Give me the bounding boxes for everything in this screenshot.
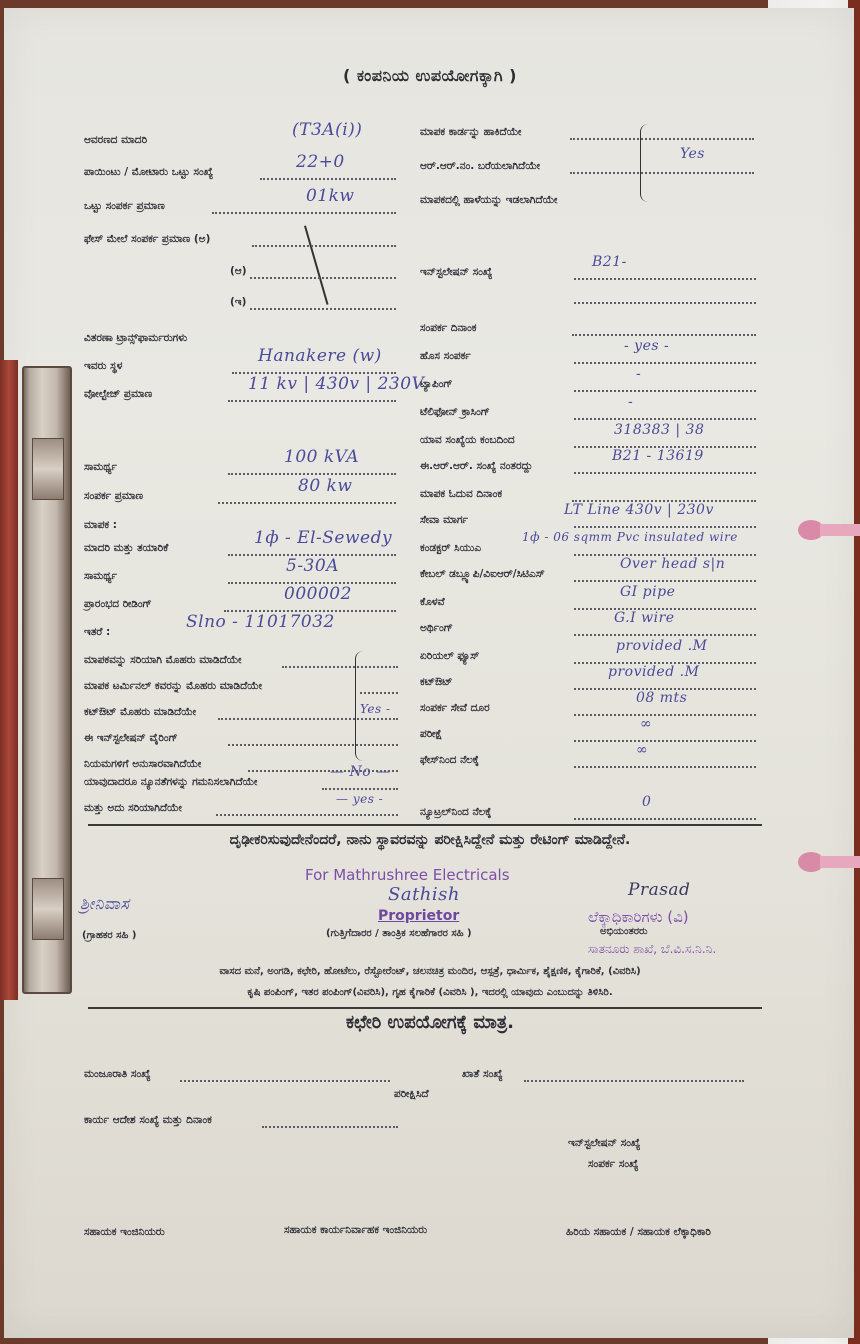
field-value: 5-30A [286,556,339,576]
field-value: 08 mts [636,690,687,706]
field-line [574,818,756,820]
field-value: 0 [642,794,651,810]
field-label: ನ್ಯೂಟ್ರಲ್‌ನಿಂದ ನೆಲಕ್ಕೆ [420,806,491,819]
field-line [574,278,756,280]
check-line [360,692,398,694]
field-value: 318383 | 38 [614,422,704,438]
punch-hole-bottom [798,852,824,872]
field-value: 22+0 [296,152,345,172]
field-line [574,526,756,528]
field-label: ಮಾಪಕ ಕಾರ್ಡನ್ನು ಹಾಕಿದೆಯೇ [420,126,521,139]
field-line [228,400,396,402]
field-line [250,277,396,279]
field-value: - [636,366,641,382]
contractor-sign-label: (ಗುತ್ತಿಗೆದಾರರ / ತಾಂತ್ರಿಕ ಸಲಹೆಗಾರರ ಸಹಿ ) [326,928,472,939]
field-line [574,390,756,392]
check-line [282,666,398,668]
account-no-label: ಖಾತೆ ಸಂಖ್ಯೆ [462,1068,503,1081]
field-label: (ಇ) [230,296,246,309]
field-label: ಮಾದರಿ ಮತ್ತು ತಯಾರಿಕೆ [84,542,168,555]
officer-sign-label: ಅಭಿಯಂತರರು [600,926,648,937]
field-line [260,178,396,180]
field-value: provided .M [608,664,699,680]
sign-aee: ಸಹಾಯಕ ಕಾರ್ಯನಿರ್ವಾಹಕ ಇಂಜಿನಿಯರು [284,1224,427,1237]
field-line [574,634,756,636]
field-value: Hanakere (w) [258,346,382,366]
sign-ae: ಸಹಾಯಕ ಇಂಜಿನಿಯರು [84,1226,165,1239]
defects-line [322,788,398,790]
sign-ao: ಹಿರಿಯ ಸಹಾಯಕ / ಸಹಾಯಕ ಲೆಕ್ಕಾಧಿಕಾರಿ [566,1226,711,1239]
sanction-no-line [180,1080,390,1082]
account-no-line [524,1080,744,1082]
field-line [574,302,756,304]
clip-tab-bottom [32,878,64,940]
field-value: 100 kVA [284,447,359,467]
field-label: ಇನ್‌ಸ್ಟಲೇಷನ್ ಸಂಖ್ಯೆ [420,266,492,279]
binder-clip-icon [22,366,72,994]
field-label: ಪರೀಕ್ಷೆ [420,728,442,741]
field-value: G.I wire [614,610,675,626]
officer-stamp-office: ಸಾತನೂರು ಶಾಖೆ, ಬೆ.ವಿ.ಸ.ನಿ.ನಿ. [588,942,716,957]
field-label: ಇವರು ಸ್ಥಳ [84,360,122,373]
contractor-signature: Sathish [388,884,460,905]
field-label: ಸಾಮರ್ಥ್ಯ [84,461,117,474]
work-order-line [262,1126,398,1128]
field-label: ಈ.ಆರ್.ಆರ್. ಸಂಖ್ಯೆ ನಂತರದ್ದು [420,460,533,473]
field-label: ಟ್ಯಾಪಿಂಗ್ [420,378,453,391]
declaration: ದೃಢೀಕರಿಸುವುದೇನೆಂದರೆ, ನಾನು ಸ್ಥಾವರವನ್ನು ಪರ… [0,832,860,848]
field-value: B21 - 13619 [612,448,704,464]
consumer-sign-label: (ಗ್ರಾಹಕರ ಸಹಿ ) [82,930,136,941]
field-value: GI pipe [620,584,675,600]
field-value: (T3A(i)) [292,120,362,140]
corrected-label: ಮತ್ತು ಅದು ಸರಿಯಾಗಿದೆಯೇ [84,802,182,815]
field-label: ಸಾಮರ್ಥ್ಯ [84,570,117,583]
check-label: ನಿಯಮಗಳಿಗೆ ಅನುಸಾರವಾಗಿದೆಯೇ [84,758,201,771]
field-value: B21- [592,254,627,270]
check-label: ಮಾಪಕವನ್ನು ಸರಿಯಾಗಿ ಮೊಹರು ಮಾಡಿದೆಯೇ [84,654,242,667]
corrected-value: — yes - [336,792,383,806]
field-label: ಕೊಳವೆ [420,596,445,609]
field-line [574,472,756,474]
field-line [574,580,756,582]
field-label: ಸಂಪರ್ಕ ಸೇವೆ ದೂರ [420,702,490,715]
field-label: ಹೊಸ ಸಂಪರ್ಕ [420,350,471,363]
field-value: ∞ [640,716,652,732]
punch-hole-top [798,520,824,540]
field-value: 01kw [306,186,354,206]
divider-1 [88,824,762,826]
field-label: ಯಾವ ಸಂಖ್ಯೆಯ ಕಂಬದಿಂದ [420,434,515,447]
form-title: ( ಕಂಪನಿಯ ಉಪಯೋಗಕ್ಕಾಗಿ ) [0,66,860,86]
officer-stamp-designation: ಲೆಕ್ಕಾಧಿಕಾರಿಗಳು (ವಿ) [588,908,689,926]
field-label: ಸಂಪರ್ಕ ಪ್ರಮಾಣ [84,490,143,503]
field-value: ∞ [636,742,648,758]
field-label: (ಆ) [230,265,247,278]
check-line [228,744,398,746]
field-label: ವಿತರಣಾ ಟ್ರಾನ್ಸ್‌ಫಾರ್ಮರುಗಳು [84,332,187,345]
field-label: ಟೆಲಿಫೋನ್ ಕ್ರಾಸಿಂಗ್ [420,406,490,419]
field-value: LT Line 430v | 230v [564,502,714,518]
field-line [570,172,754,174]
field-label: ಫೇಸ್ ಮೇಲೆ ಸಂಪರ್ಕ ಪ್ರಮಾಣ (ಅ) [84,233,210,246]
field-label: ಫೇಸ್‌ನಿಂದ ನೆಲಕ್ಕೆ [420,754,479,767]
field-line [250,308,396,310]
field-value: 11 kv | 430v | 230V [248,374,424,394]
field-line [574,418,756,420]
sanction-no-label: ಮಂಜೂರಾತಿ ಸಂಖ್ಯೆ [84,1068,151,1081]
check-label: ಈ ಇನ್‌ಸ್ಟಲೇಷನ್ ವೈರಿಂಗ್ [84,732,178,745]
field-label: ಒಟ್ಟು ಸಂಪರ್ಕ ಪ್ರಮಾಣ [84,200,165,213]
field-label: ಪ್ರಾರಂಭದ ರೀಡಿಂಗ್ [84,598,152,611]
office-use-title: ಕಛೇರಿ ಉಪಯೋಗಕ್ಕೆ ಮಾತ್ರ. [0,1012,860,1033]
verified-label: ಪರೀಕ್ಷಿಸಿದೆ [394,1088,429,1101]
field-value: 000002 [284,584,352,604]
defects-value: — No — [330,764,391,780]
check-line [248,770,398,772]
field-label: ಸೇವಾ ಮಾರ್ಗ [420,514,468,527]
field-line [252,245,396,247]
field-label: ಮಾಪಕದಲ್ಲಿ ಹಾಳೆಯನ್ನು ಇಡಲಾಗಿದೆಯೇ [420,194,557,207]
field-value: 1ф - 06 sqmm Pvc insulated wire [522,530,738,544]
consumer-signature: ಶ್ರೀನಿವಾಸ [80,894,129,914]
field-label: ಮಾಪಕ ಓದುವ ದಿನಾಂಕ [420,488,502,501]
field-line [574,766,756,768]
field-label: ವೋಲ್ಟೇಜ್ ಪ್ರಮಾಣ [84,388,152,401]
usage-types-line1: ವಾಸದ ಮನೆ, ಅಂಗಡಿ, ಕಛೇರಿ, ಹೋಟೆಲು, ರೆಸ್ಟೋರೆ… [0,966,860,977]
field-value: provided .M [616,638,707,654]
work-order-label: ಕಾರ್ಯ ಆದೇಶ ಸಂಖ್ಯೆ ಮತ್ತು ದಿನಾಂಕ [84,1114,212,1127]
field-value: Over head s|n [620,556,725,572]
divider-2 [88,1007,762,1009]
rr-value: Yes [680,146,705,162]
usage-types-line2: ಕೃಷಿ ಪಂಪಿಂಗ್, ಇತರ ಪಂಪಿಂಗ್(ವಿವರಿಸಿ), ಗೃಹ … [0,987,860,998]
field-label: ಕಟ್‌ಔಟ್ [420,676,452,689]
installation-no-label: ಇನ್‌ಸ್ಟಲೇಷನ್ ಸಂಖ್ಯೆ [568,1137,640,1150]
checks-value: Yes - [360,702,391,716]
field-label: ಕಂಡಕ್ಟರ್ ಸಿಯುಎ [420,542,481,555]
field-line [574,362,756,364]
field-label: ಆವರಣದ ಮಾದರಿ [84,134,147,147]
field-label: ಕೇಬಲ್ ಡಬ್ಲ್ಯೂಪಿ/ವಿಐಆರ್/ಸಿಟಿಎಸ್ [420,568,545,581]
officer-signature: Prasad [628,880,690,900]
field-value: - yes - [624,338,669,354]
contractor-stamp-role: Proprietor [378,908,459,924]
check-line [218,718,398,720]
check-label: ಕಟ್‌ಔಟ್ ಮೊಹರು ಮಾಡಿದೆಯೇ [84,706,196,719]
contractor-stamp-firm: For Mathrushree Electricals [305,866,510,884]
field-line [228,473,396,475]
field-label: ಪಾಯಿಂಟು / ಮೋಟಾರು ಒಟ್ಟು ಸಂಖ್ಯೆ [84,166,213,179]
clip-tab-top [32,438,64,500]
field-line [570,138,754,140]
field-value: - [628,394,633,410]
field-label: ಸಂಪರ್ಕ ದಿನಾಂಕ [420,322,476,335]
field-line [218,502,396,504]
field-value: Slno - 11017032 [186,612,335,632]
connection-no-label: ಸಂಪರ್ಕ ಸಂಖ್ಯೆ [588,1158,639,1171]
field-label: ಏರಿಯಲ್ ಫ್ಯೂಸ್ [420,650,479,663]
check-label: ಮಾಪಕ ಟರ್ಮಿನಲ್ ಕವರನ್ನು ಮೊಹರು ಮಾಡಿದೆಯೇ [84,680,262,693]
brace-right-top [640,124,651,202]
field-value: 80 kw [298,476,352,496]
field-line [572,334,756,336]
field-value: 1ф - El-Sewedy [254,528,392,548]
field-label: ಇತರೆ : [84,626,110,639]
defects-label: ಯಾವುದಾದರೂ ನ್ಯೂನತೆಗಳನ್ನು ಗಮನಿಸಲಾಗಿದೆಯೇ [84,776,257,789]
field-line [574,740,756,742]
corrected-line [216,814,398,816]
field-line [212,212,396,214]
field-label: ಮಾಪಕ : [84,519,117,532]
field-label: ಆರ್.ಆರ್.ನಂ. ಬರೆಯಲಾಗಿದೆಯೇ [420,160,540,173]
field-label: ಅರ್ಥಿಂಗ್ [420,622,453,635]
field-line [574,714,756,716]
folder-spine [0,360,18,1000]
